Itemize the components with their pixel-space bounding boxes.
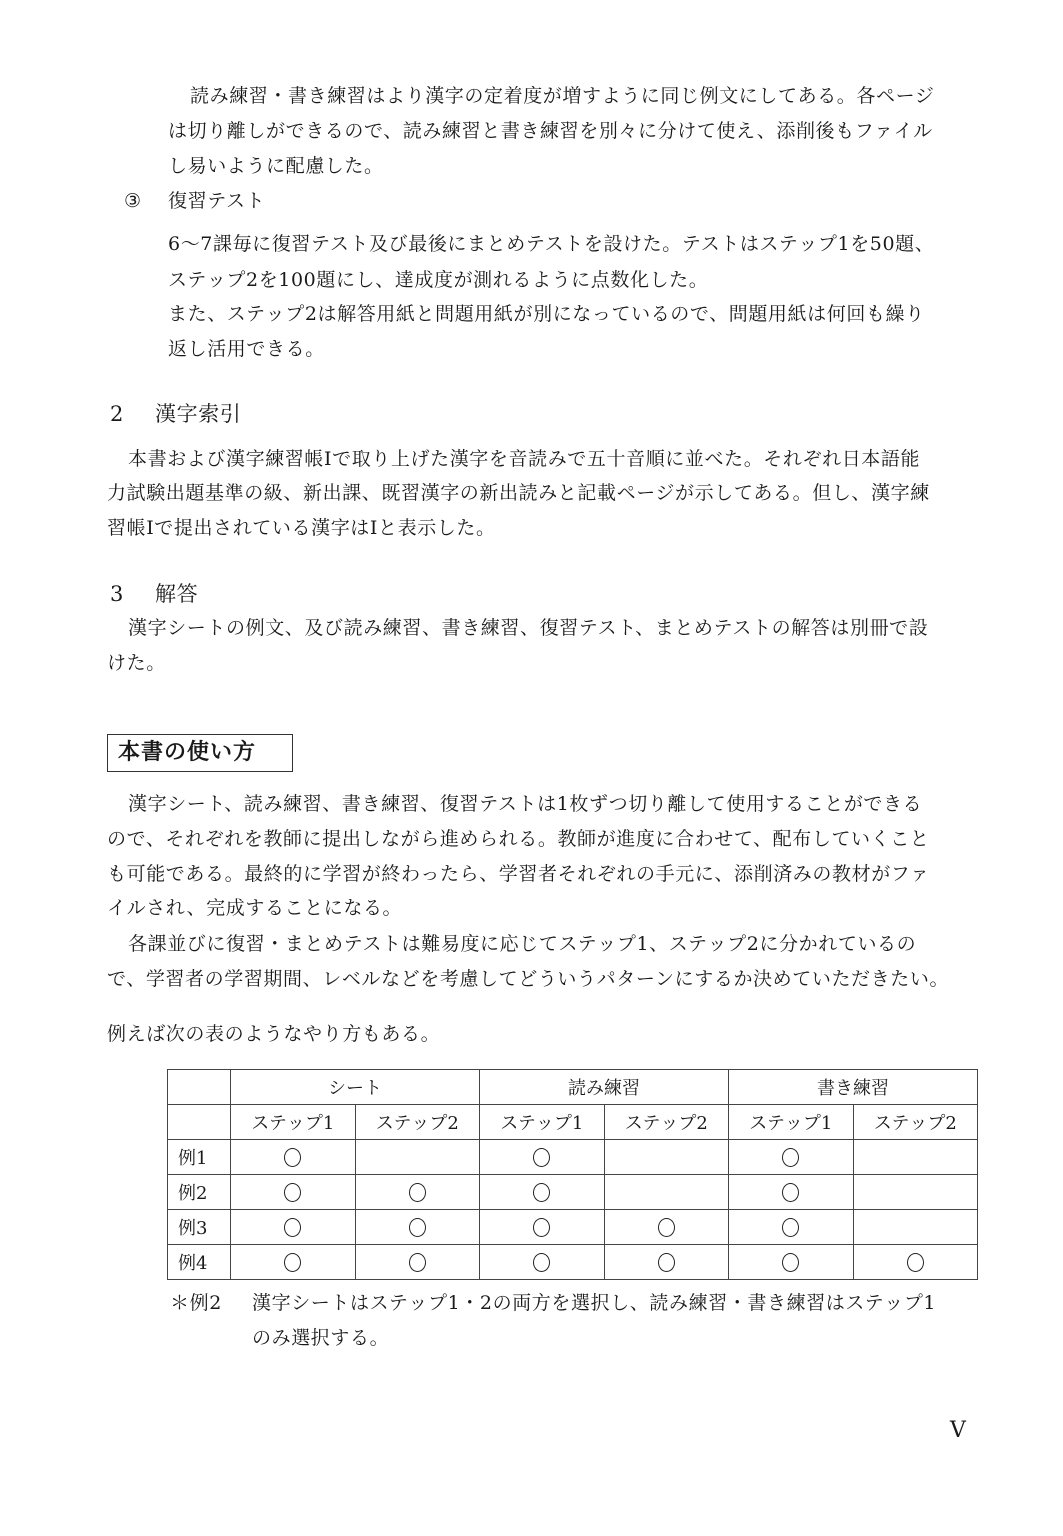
corner-cell [168, 1070, 231, 1105]
table-cell [480, 1140, 605, 1175]
circle-mark-icon [782, 1183, 799, 1202]
corner-cell [168, 1105, 231, 1140]
circle-mark-icon [907, 1253, 924, 1272]
table-group-header-row: シート 読み練習 書き練習 [168, 1070, 978, 1105]
body-text-line: ので、それぞれを教師に提出しながら進められる。教師が進度に合わせて、配布していく… [107, 827, 929, 851]
body-text-line: も可能である。最終的に学習が終わったら、学習者それぞれの手元に、添削済みの教材が… [107, 862, 930, 886]
table-cell [853, 1210, 978, 1245]
body-text-line: 読み練習・書き練習はより漢字の定着度が増すように同じ例文にしてある。各ページ [190, 84, 934, 108]
footnote-marker: ＊例2 [170, 1291, 222, 1315]
circle-mark-icon [284, 1253, 301, 1272]
circle-mark-icon [533, 1218, 550, 1237]
circle-mark-icon [409, 1253, 426, 1272]
circle-mark-icon [284, 1148, 301, 1167]
body-text-line: けた。 [107, 651, 166, 675]
subsection-number: ③ [124, 189, 142, 213]
circle-mark-icon [782, 1148, 799, 1167]
circle-mark-icon [409, 1183, 426, 1202]
table-cell [729, 1175, 854, 1210]
table-cell [231, 1245, 356, 1280]
subsection-title: 復習テスト [168, 189, 265, 213]
table-cell [604, 1175, 729, 1210]
table-row: 例2 [168, 1175, 978, 1210]
table-cell [231, 1140, 356, 1175]
table-cell [729, 1140, 854, 1175]
row-label: 例3 [168, 1210, 231, 1245]
step-header: ステップ1 [231, 1105, 356, 1140]
circle-mark-icon [782, 1218, 799, 1237]
circle-mark-icon [284, 1183, 301, 1202]
circle-mark-icon [658, 1218, 675, 1237]
table-cell [853, 1245, 978, 1280]
body-text-line: は切り離しができるので、読み練習と書き練習を別々に分けて使え、添削後もファイル [168, 119, 933, 143]
table-row: 例3 [168, 1210, 978, 1245]
row-label: 例1 [168, 1140, 231, 1175]
body-text-line: し易いように配慮した。 [168, 154, 384, 178]
body-text-line: で、学習者の学習期間、レベルなどを考慮してどういうパターンにするか決めていただき… [107, 967, 949, 991]
body-text-line: また、ステップ2は解答用紙と問題用紙が別になっているので、問題用紙は何回も繰り [168, 302, 925, 326]
body-text-line: 6～7課毎に復習テスト及び最後にまとめテストを設けた。テストはステップ1を50題… [168, 232, 934, 256]
step-header: ステップ1 [729, 1105, 854, 1140]
table-cell [729, 1210, 854, 1245]
circle-mark-icon [533, 1148, 550, 1167]
footnote-text-line: 漢字シートはステップ1・2の両方を選択し、読み練習・書き練習はステップ1 [252, 1291, 936, 1315]
body-text-line: 漢字シートの例文、及び読み練習、書き練習、復習テスト、まとめテストの解答は別冊で… [128, 616, 928, 640]
section-title: 漢字索引 [155, 402, 241, 426]
body-text-line: イルされ、完成することになる。 [107, 896, 402, 920]
step-header: ステップ2 [355, 1105, 480, 1140]
row-label: 例4 [168, 1245, 231, 1280]
table-step-header-row: ステップ1 ステップ2 ステップ1 ステップ2 ステップ1 ステップ2 [168, 1105, 978, 1140]
circle-mark-icon [782, 1253, 799, 1272]
how-to-use-heading: 本書の使い方 [107, 734, 293, 772]
body-text-line: 本書および漢字練習帳Ⅰで取り上げた漢字を音読みで五十音順に並べた。それぞれ日本語… [128, 447, 920, 471]
body-text-line: 各課並びに復習・まとめテストは難易度に応じてステップ1、ステップ2に分かれている… [128, 932, 916, 956]
table-cell [480, 1175, 605, 1210]
body-text-line: ステップ2を100題にし、達成度が測れるように点数化した。 [168, 268, 708, 292]
step-header: ステップ2 [853, 1105, 978, 1140]
circle-mark-icon [658, 1253, 675, 1272]
table-cell [480, 1210, 605, 1245]
body-text-line: 返し活用できる。 [168, 337, 325, 361]
body-text-line: 力試験出題基準の級、新出課、既習漢字の新出読みと記載ページが示してある。但し、漢… [107, 481, 930, 505]
circle-mark-icon [533, 1183, 550, 1202]
table-row: 例1 [168, 1140, 978, 1175]
table-cell [604, 1245, 729, 1280]
row-label: 例2 [168, 1175, 231, 1210]
table-cell [231, 1210, 356, 1245]
table-cell [853, 1175, 978, 1210]
group-header-writing: 書き練習 [729, 1070, 978, 1105]
table-cell [853, 1140, 978, 1175]
section-number: 3 [110, 582, 124, 606]
body-text-line: 漢字シート、読み練習、書き練習、復習テストは1枚ずつ切り離して使用することができ… [128, 792, 922, 816]
table-cell [604, 1210, 729, 1245]
body-text-line: 習帳Ⅰで提出されている漢字はⅠと表示した。 [107, 516, 496, 540]
table-cell [729, 1245, 854, 1280]
page-number: V [950, 1418, 966, 1443]
circle-mark-icon [284, 1218, 301, 1237]
table-cell [604, 1140, 729, 1175]
table-cell [480, 1245, 605, 1280]
section-title: 解答 [155, 582, 198, 606]
table-row: 例4 [168, 1245, 978, 1280]
table-intro: 例えば次の表のようなやり方もある。 [107, 1022, 440, 1046]
group-header-reading: 読み練習 [480, 1070, 729, 1105]
circle-mark-icon [533, 1253, 550, 1272]
table-cell [355, 1210, 480, 1245]
section-number: 2 [110, 402, 124, 426]
group-header-sheet: シート [231, 1070, 480, 1105]
table-cell [231, 1175, 356, 1210]
footnote-text-line: のみ選択する。 [252, 1326, 389, 1350]
table-cell [355, 1245, 480, 1280]
step-header: ステップ2 [604, 1105, 729, 1140]
table-cell [355, 1175, 480, 1210]
step-plan-table: シート 読み練習 書き練習 ステップ1 ステップ2 ステップ1 ステップ2 ステ… [167, 1069, 978, 1280]
circle-mark-icon [409, 1218, 426, 1237]
table-cell [355, 1140, 480, 1175]
step-header: ステップ1 [480, 1105, 605, 1140]
